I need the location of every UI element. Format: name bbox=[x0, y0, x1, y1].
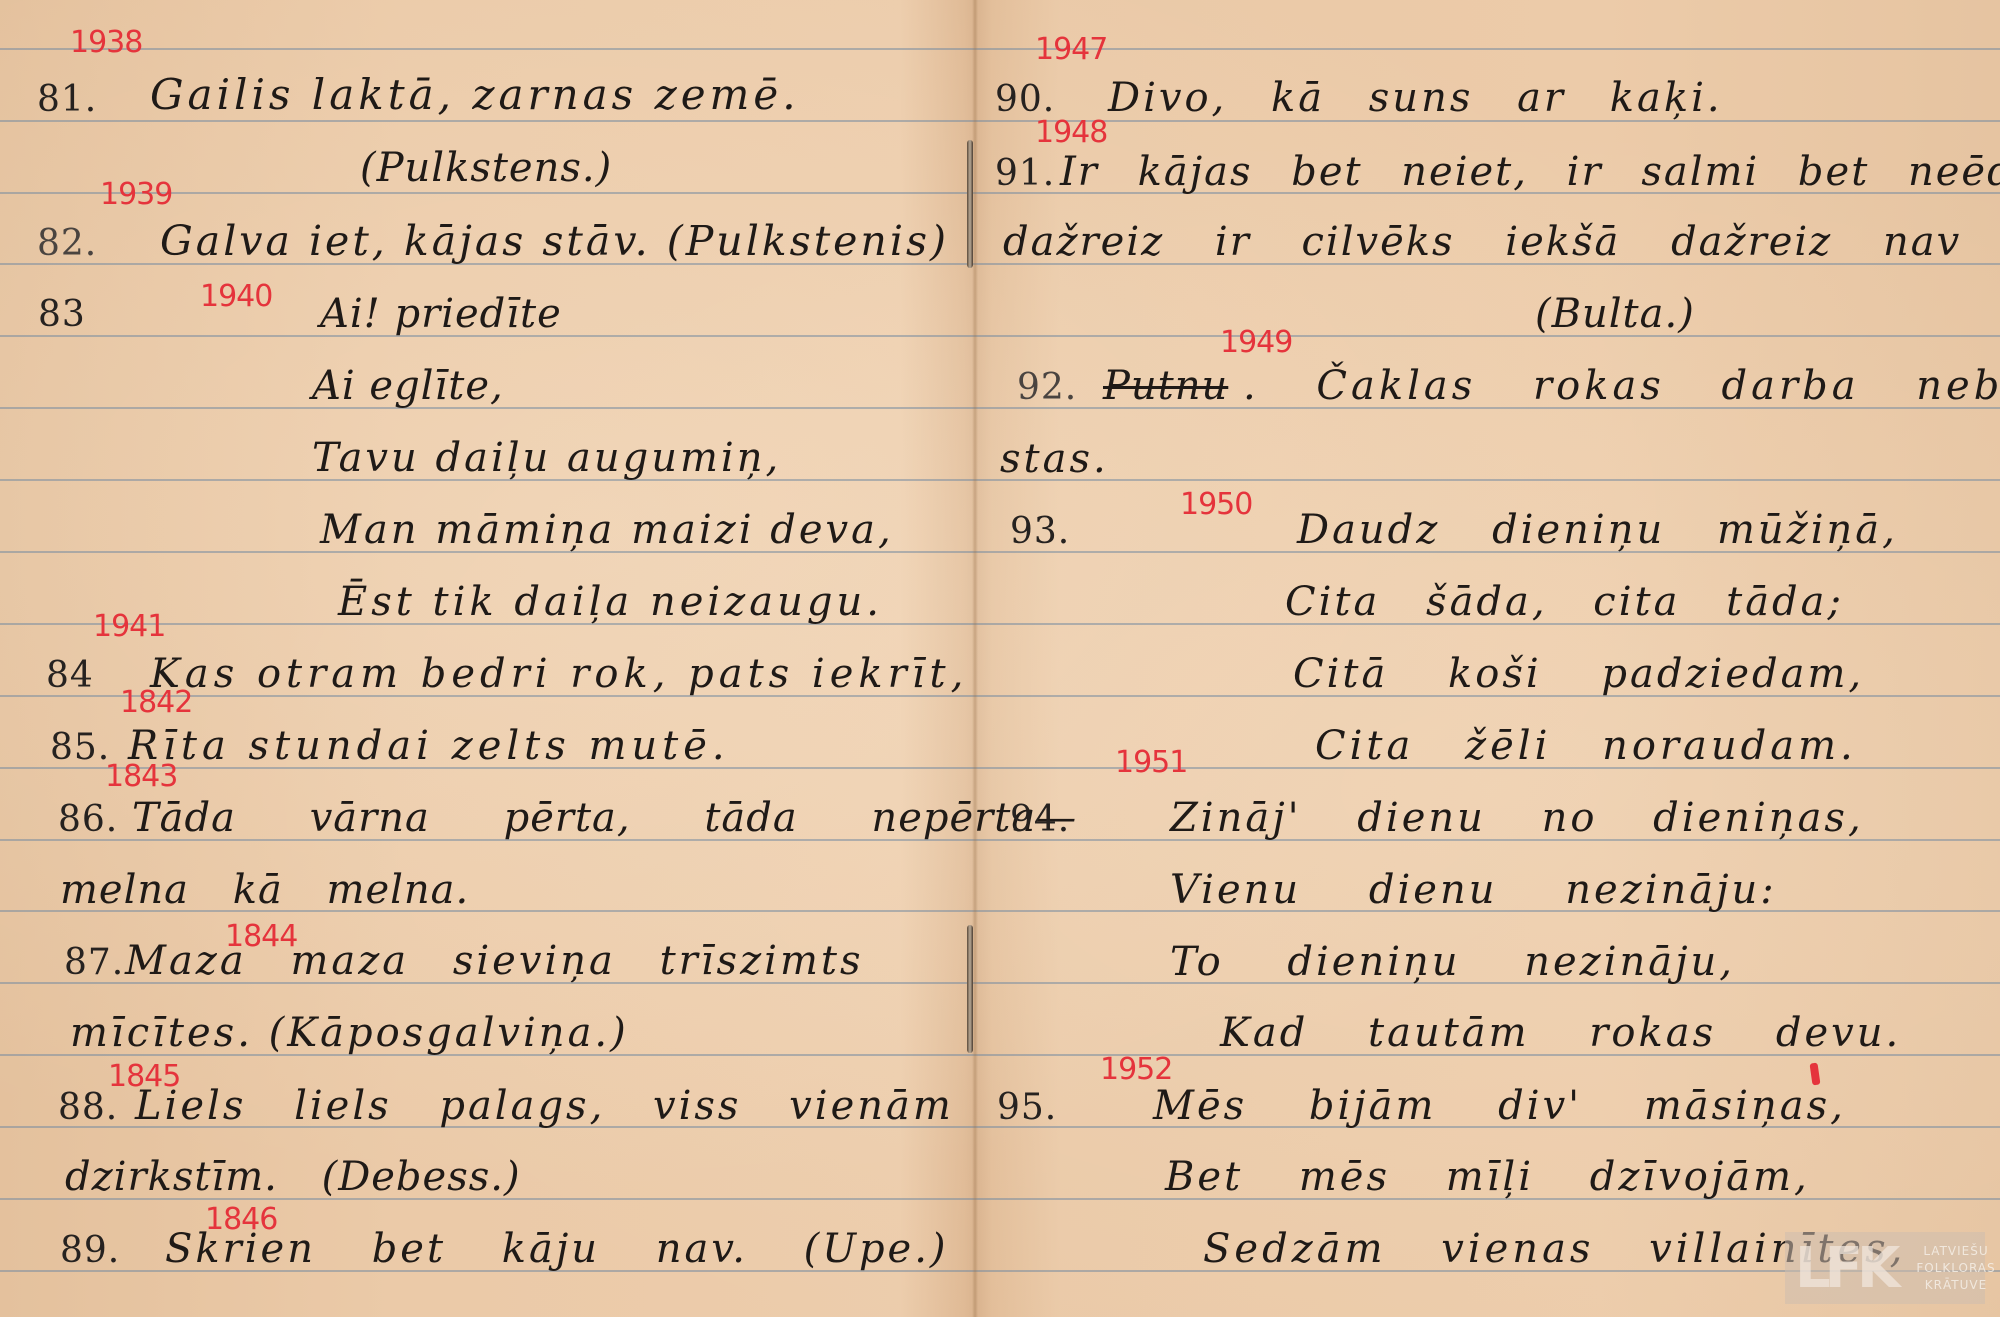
song-line: Cita šāda, cita tāda; bbox=[1285, 582, 1844, 622]
archive-number: 1952 bbox=[1100, 1055, 1172, 1085]
song-line: Daudz dieniņu mūžiņā, bbox=[1297, 510, 1898, 550]
red-correction-mark bbox=[1810, 1063, 1821, 1086]
song-line: Citā koši padziedam, bbox=[1293, 654, 1864, 694]
archive-logo-icon: LFK bbox=[1795, 1236, 1894, 1301]
entry-line: Ir kājas bet neiet, ir salmi bet neēd, bbox=[1060, 152, 2000, 192]
archive-number: 1941 bbox=[93, 612, 165, 642]
archive-number: 1948 bbox=[1035, 118, 1107, 148]
entry-number: 95. bbox=[997, 1090, 1057, 1126]
archive-number: 1949 bbox=[1220, 328, 1292, 358]
entry-line: Galva iet, kājas stāv. (Pulkstenis) bbox=[160, 221, 949, 262]
entry-number: 89. bbox=[60, 1233, 120, 1269]
song-line: Ai! priedīte bbox=[320, 294, 562, 334]
entry-number: 87. bbox=[64, 945, 124, 981]
song-line: Bet mēs mīļi dzīvojām, bbox=[1165, 1157, 1810, 1197]
archive-name: LATVIEŠU FOLKLORAS KRĀTUVE bbox=[1916, 1243, 1995, 1294]
song-line: Man māmiņa maizi deva, bbox=[320, 510, 894, 550]
song-line: Ēst tik daiļa neizaugu. bbox=[338, 582, 883, 622]
entry-number: 85. bbox=[50, 730, 110, 766]
entry-line: . Čaklas rokas darba nebi= bbox=[1243, 366, 2000, 406]
archive-name-line: FOLKLORAS bbox=[1916, 1260, 1995, 1277]
archive-name-line: KRĀTUVE bbox=[1916, 1277, 1995, 1294]
riddle-answer: (Bulta.) bbox=[1535, 294, 1695, 334]
archive-number: 1950 bbox=[1180, 490, 1252, 520]
entry-number: 84 bbox=[46, 658, 94, 694]
archive-number: 1842 bbox=[120, 688, 192, 718]
archive-number: 1843 bbox=[105, 762, 177, 792]
entry-line: Kas otram bedri rok, pats iekrīt, bbox=[150, 654, 968, 694]
entry-line: Maza maza sieviņa trīszimts bbox=[125, 941, 863, 981]
entry-number: 94. bbox=[1010, 802, 1070, 838]
entry-number: 81. bbox=[37, 82, 97, 118]
entry-number: 91. bbox=[995, 156, 1055, 192]
entry-number: 83 bbox=[38, 297, 86, 333]
entry-number: 92. bbox=[1017, 370, 1077, 406]
song-line: To dieniņu nezināju, bbox=[1170, 942, 1735, 982]
song-line: Tavu daiļu augumiņ, bbox=[312, 438, 781, 478]
struck-out-word: Putnu bbox=[1103, 366, 1228, 406]
entry-line: stas. bbox=[1000, 439, 1109, 479]
notebook-spread: 1938 81. Gailis laktā, zarnas zemē. (Pul… bbox=[0, 0, 2000, 1317]
song-line: Cita žēli noraudam. bbox=[1315, 726, 1857, 766]
entry-line: Divo, kā suns ar kaķi. bbox=[1108, 78, 1723, 118]
entry-line: melna kā melna. bbox=[60, 870, 469, 910]
song-line: Zināj' dienu no dieniņas, bbox=[1170, 798, 1864, 838]
entry-number: 86. bbox=[58, 802, 118, 838]
entry-line: Liels liels palags, viss vienām bbox=[135, 1086, 954, 1126]
archive-number: 1951 bbox=[1115, 748, 1187, 778]
archive-number: 1947 bbox=[1035, 35, 1107, 65]
archive-number: 1938 bbox=[70, 28, 142, 58]
entry-line: dzirkstīm. (Debess.) bbox=[65, 1157, 521, 1197]
entry-number: 82. bbox=[37, 226, 97, 262]
entry-line: Rīta stundai zelts mutē. bbox=[128, 726, 730, 766]
entry-number: 93. bbox=[1010, 514, 1070, 550]
left-page: 1938 81. Gailis laktā, zarnas zemē. (Pul… bbox=[0, 0, 975, 1317]
song-line: Mēs bijām div' māsiņas, bbox=[1153, 1086, 1846, 1126]
song-line: Ai eglīte, bbox=[312, 366, 504, 406]
archive-name-line: LATVIEŠU bbox=[1916, 1243, 1995, 1260]
entry-line: dažreiz ir cilvēks iekšā dažreiz nav bbox=[1003, 222, 1961, 262]
archive-number: 1939 bbox=[100, 180, 172, 210]
entry-number: 90. bbox=[995, 82, 1055, 118]
right-page: 1947 90. Divo, kā suns ar kaķi. 1948 91.… bbox=[975, 0, 2000, 1317]
entry-line: Skrien bet kāju nav. (Upe.) bbox=[165, 1229, 949, 1269]
archive-watermark: LFK LATVIEŠU FOLKLORAS KRĀTUVE bbox=[1785, 1232, 1985, 1304]
archive-number: 1940 bbox=[200, 282, 272, 312]
entry-number: 88. bbox=[58, 1090, 118, 1126]
song-line: Kad tautām rokas devu. bbox=[1220, 1013, 1901, 1053]
entry-line: Tāda vārna pērta, tāda nepērta— bbox=[132, 798, 1077, 838]
song-line: Vienu dienu nezināju: bbox=[1170, 870, 1777, 910]
entry-line: mīcītes. (Kāposgalviņa.) bbox=[70, 1013, 629, 1053]
riddle-answer: (Pulkstens.) bbox=[360, 148, 612, 188]
entry-line: Gailis laktā, zarnas zemē. bbox=[150, 74, 800, 116]
